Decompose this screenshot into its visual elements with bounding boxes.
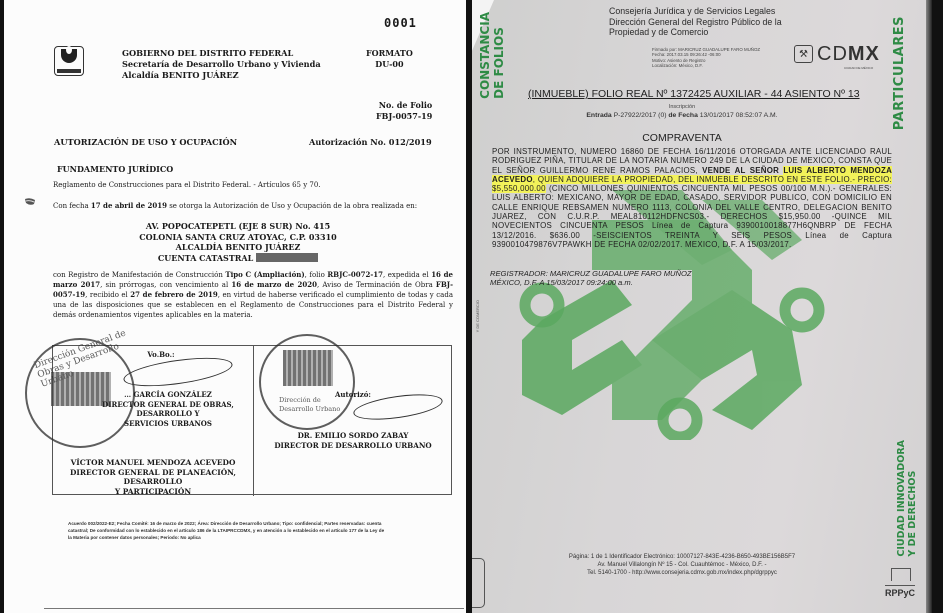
document-footer: Página: 1 de 1 Identificador Electrónico… xyxy=(472,553,872,578)
issuer-line: Secretaría de Desarrollo Urbano y Vivien… xyxy=(122,59,321,70)
registry-header: Consejería Jurídica y de Servicios Legal… xyxy=(609,6,782,38)
bottom-rule xyxy=(44,608,464,609)
cdmx-brand-subtitle: CIUDAD DE MÉXICO xyxy=(844,66,873,70)
legal-basis-title: FUNDAMENTO JURÍDICO xyxy=(57,164,173,174)
address-borough: ALCALDÍA BENITO JUÁREZ xyxy=(10,242,466,253)
authorization-number: Autorización No. 012/2019 xyxy=(309,137,432,147)
vobo-signatory: … GARCÍA GONZÁLEZ DIRECTOR GENERAL DE OB… xyxy=(83,390,253,428)
address-colony: COLONIA SANTA CRUZ ATOYAC, C.P. 03310 xyxy=(10,232,466,243)
address-street: AV. POPOCATEPETL (EJE 8 SUR) No. 415 xyxy=(10,221,466,232)
registrar-line: REGISTRADOR: MARICRUZ GUADALUPE FARO MUÑ… xyxy=(490,269,692,287)
format-value: DU-00 xyxy=(366,59,413,70)
classification-footnote: Acuerdo 002/2022-E2; Fecha Comité: 16 de… xyxy=(68,520,388,541)
cdmx-emblem-icon: ⚒ xyxy=(794,45,813,63)
rppyc-emblem-icon xyxy=(885,562,915,586)
issuer-header: GOBIERNO DEL DISTRITO FEDERAL Secretaría… xyxy=(122,48,321,81)
signature-table: Dirección General de Obras y Desarrollo … xyxy=(52,345,452,495)
property-address: AV. POPOCATEPETL (EJE 8 SUR) No. 415 COL… xyxy=(4,221,466,263)
sale-record-body: POR INSTRUMENTO, NUMERO 16860 DE FECHA 1… xyxy=(492,147,892,249)
folio-record-document: CONSTANCIADE FOLIOS PARTICULARES CIUDAD … xyxy=(472,0,932,613)
urban-director-signatory: DR. EMILIO SORDO ZABAY DIRECTOR DE DESAR… xyxy=(253,431,453,450)
page-folio-number: 0001 xyxy=(384,16,417,30)
punch-mark-icon xyxy=(24,197,36,206)
folio-value: FBJ-0057-19 xyxy=(376,111,432,122)
government-logo-icon xyxy=(54,46,84,76)
digital-signature-meta: Firmado por: MARICRUZ GUADALUPE FARO MUÑ… xyxy=(652,47,760,69)
vobo-label: Vo.Bo.: xyxy=(131,350,191,360)
planning-director-signatory: VÍCTOR MANUEL MENDOZA ACEVEDO DIRECTOR G… xyxy=(53,458,253,496)
cadastral-account-label: CUENTA CATASTRAL xyxy=(158,253,253,263)
authorization-body: con Registro de Manifestación de Constru… xyxy=(53,270,453,320)
particulares-side-label: PARTICULARES xyxy=(892,16,907,130)
rppyc-logo: RPPyC xyxy=(880,562,920,608)
document-title: AUTORIZACIÓN DE USO Y OCUPACIÓN xyxy=(54,137,237,147)
format-label: FORMATO xyxy=(366,48,413,59)
grant-date: 17 de abril de 2019 xyxy=(91,201,167,210)
section-title: COMPRAVENTA xyxy=(472,132,892,144)
cdmx-brand: CDMX xyxy=(817,43,880,66)
folio-label: No. de Folio xyxy=(376,100,432,111)
ciudad-innovadora-side-label: CIUDAD INNOVADORAY DE DERECHOS xyxy=(896,440,918,557)
entry-line: Entrada P-27922/2017 (0) de Fecha 13/01/… xyxy=(472,112,892,119)
page-edge-shadow xyxy=(926,0,932,613)
inscripcion-label: Inscripción xyxy=(472,104,892,110)
official-seal-right-icon: Dirección de Desarrollo Urbano xyxy=(259,334,355,430)
format-code: FORMATO DU-00 xyxy=(366,48,413,70)
folio-title: (INMUEBLE) FOLIO REAL Nº 1372425 AUXILIA… xyxy=(528,88,860,100)
constancia-side-label: CONSTANCIADE FOLIOS xyxy=(478,12,506,99)
side-small-text: Y DE COMERCIO xyxy=(475,300,480,332)
grant-date-line: Con fecha 17 de abril de 2019 se otorga … xyxy=(53,201,417,210)
redacted-block xyxy=(256,253,318,262)
signature-divider xyxy=(253,346,254,496)
folio-block: No. de Folio FBJ-0057-19 xyxy=(376,100,432,122)
legal-basis-text: Reglamento de Construcciones para el Dis… xyxy=(53,181,321,189)
issuer-line: GOBIERNO DEL DISTRITO FEDERAL xyxy=(122,48,321,59)
authorization-document: 0001 GOBIERNO DEL DISTRITO FEDERAL Secre… xyxy=(4,0,466,613)
issuer-line: Alcaldía BENITO JUÁREZ xyxy=(122,70,321,81)
